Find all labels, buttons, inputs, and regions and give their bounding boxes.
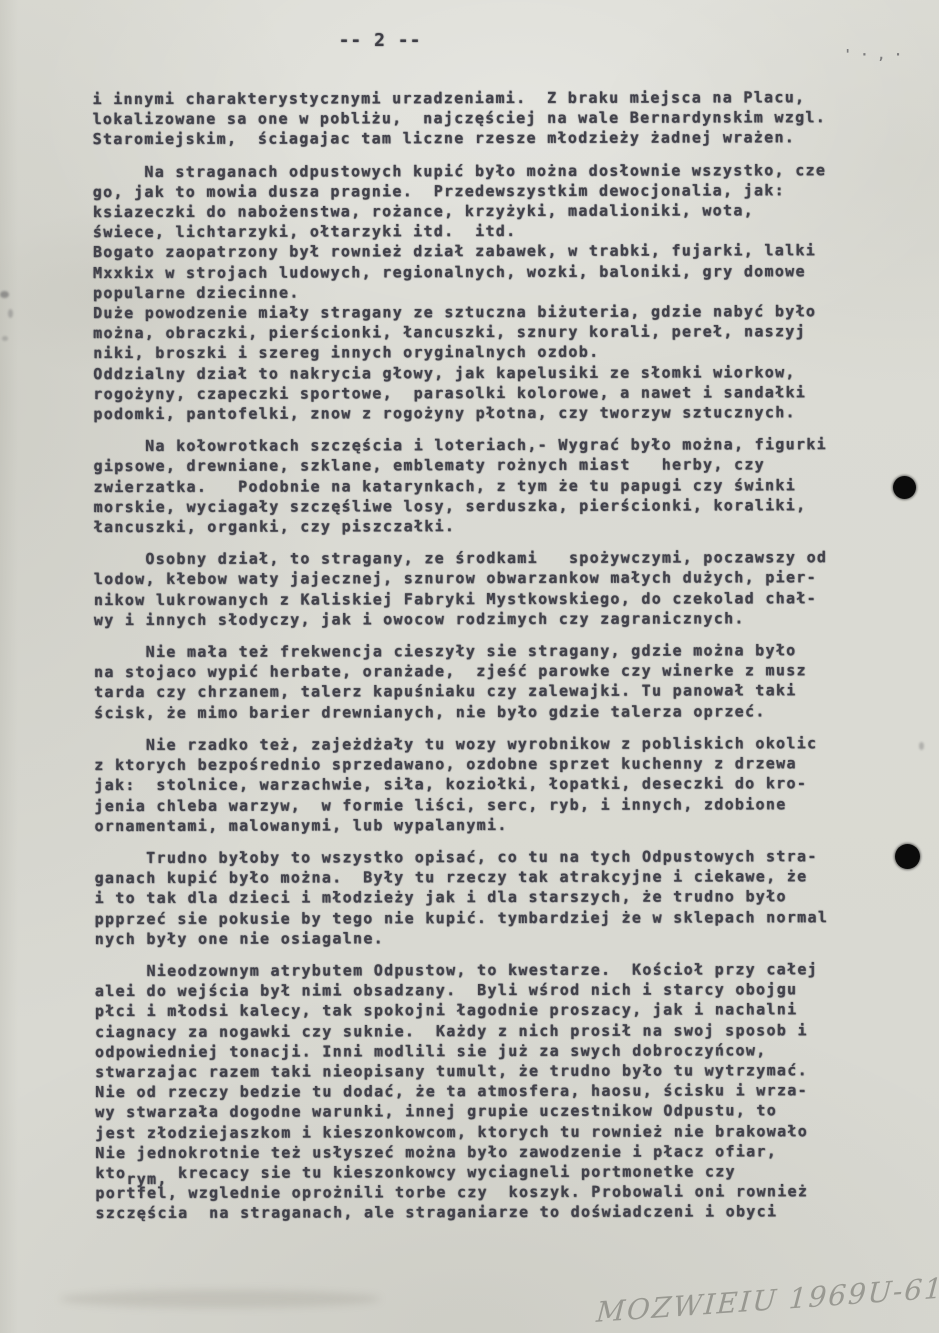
punch-hole-top [893,476,916,499]
paper-smudge [60,1290,380,1308]
typed-text-block: i innymi charakterystycznymi urzadzeniam… [93,87,902,1236]
typed-paragraph-7: Trudno byłoby to wszystko opisać, co tu … [94,846,900,949]
typed-paragraph-5: Nie mała też frekwencja cieszyły sie str… [94,640,900,723]
typed-paragraph-8-rest: krecacy sie tu kieszonkowcy wyciagneli p… [95,1162,808,1222]
punch-hole-bottom [895,844,920,869]
paper-speck [0,291,9,298]
typed-paragraph-6: Nie rzadko też, zajeżdżały tu wozy wyrob… [94,733,900,836]
handwritten-archive-note: MOZWIEIU 1969U-615 [595,1270,939,1329]
typed-paragraph-1: i innymi charakterystycznymi urzadzeniam… [93,87,899,150]
corner-marks: '·‚· [844,48,911,63]
paper-speck [919,742,924,750]
typed-paragraph-8: Nieodzownym atrybutem Odpustow, to kwest… [95,959,902,1224]
page-number: -- 2 -- [0,30,760,51]
paper-speck [8,309,13,318]
paper-speck [2,336,8,341]
typed-paragraph-8-main: Nieodzownym atrybutem Odpustow, to kwest… [95,960,818,1182]
typed-paragraph-2: Na straganach odpustowych kupić było moż… [93,160,900,425]
typed-paragraph-3: Na kołowrotkach szczęścia i loteriach,- … [93,434,899,537]
typed-paragraph-4: Osobny dział, to stragany, ze środkami s… [94,547,900,630]
typed-dropped-syllable: rym, [126,1170,167,1188]
scanned-document-page: -- 2 -- '·‚· i innymi charakterystycznym… [0,0,939,1333]
